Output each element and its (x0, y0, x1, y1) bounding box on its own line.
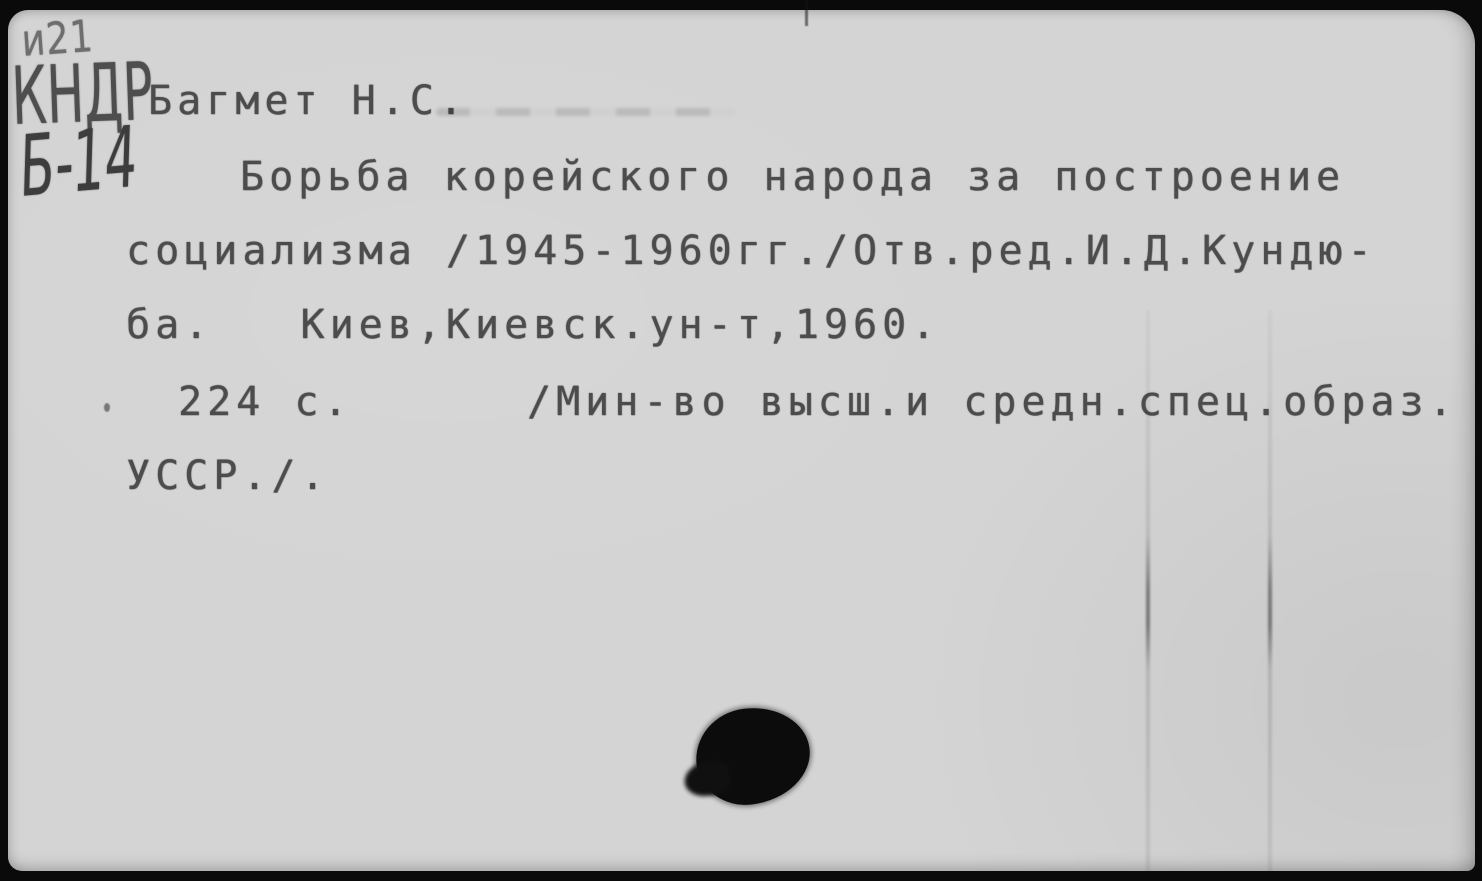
fold-line-left (1146, 310, 1150, 871)
author-line: Багмет Н.С. (148, 80, 468, 122)
film-scratch (805, 0, 808, 26)
fold-line-right (1268, 310, 1272, 871)
collation-line-2: УССР./. (126, 455, 330, 497)
catalog-card-photo: и21 КНДР Б-14 Багмет Н.С. Борьба корейск… (0, 0, 1482, 881)
title-line-2: социализма /1945-1960гг./Отв.ред.И.Д.Кун… (126, 230, 1377, 272)
collation-line-1: 224 с. /Мин-во высш.и средн.спец.образ. (178, 381, 1458, 423)
catalog-card: и21 КНДР Б-14 Багмет Н.С. Борьба корейск… (8, 10, 1475, 871)
smudge-mark (436, 108, 736, 116)
handwritten-call-number: Б-14 (16, 108, 141, 216)
title-line-1: Борьба корейского народа за построение (240, 156, 1345, 198)
title-line-3: ба. Киев,Киевск.ун-т,1960. (126, 304, 940, 346)
ink-speck (104, 403, 110, 412)
punch-hole-dot (691, 701, 816, 810)
